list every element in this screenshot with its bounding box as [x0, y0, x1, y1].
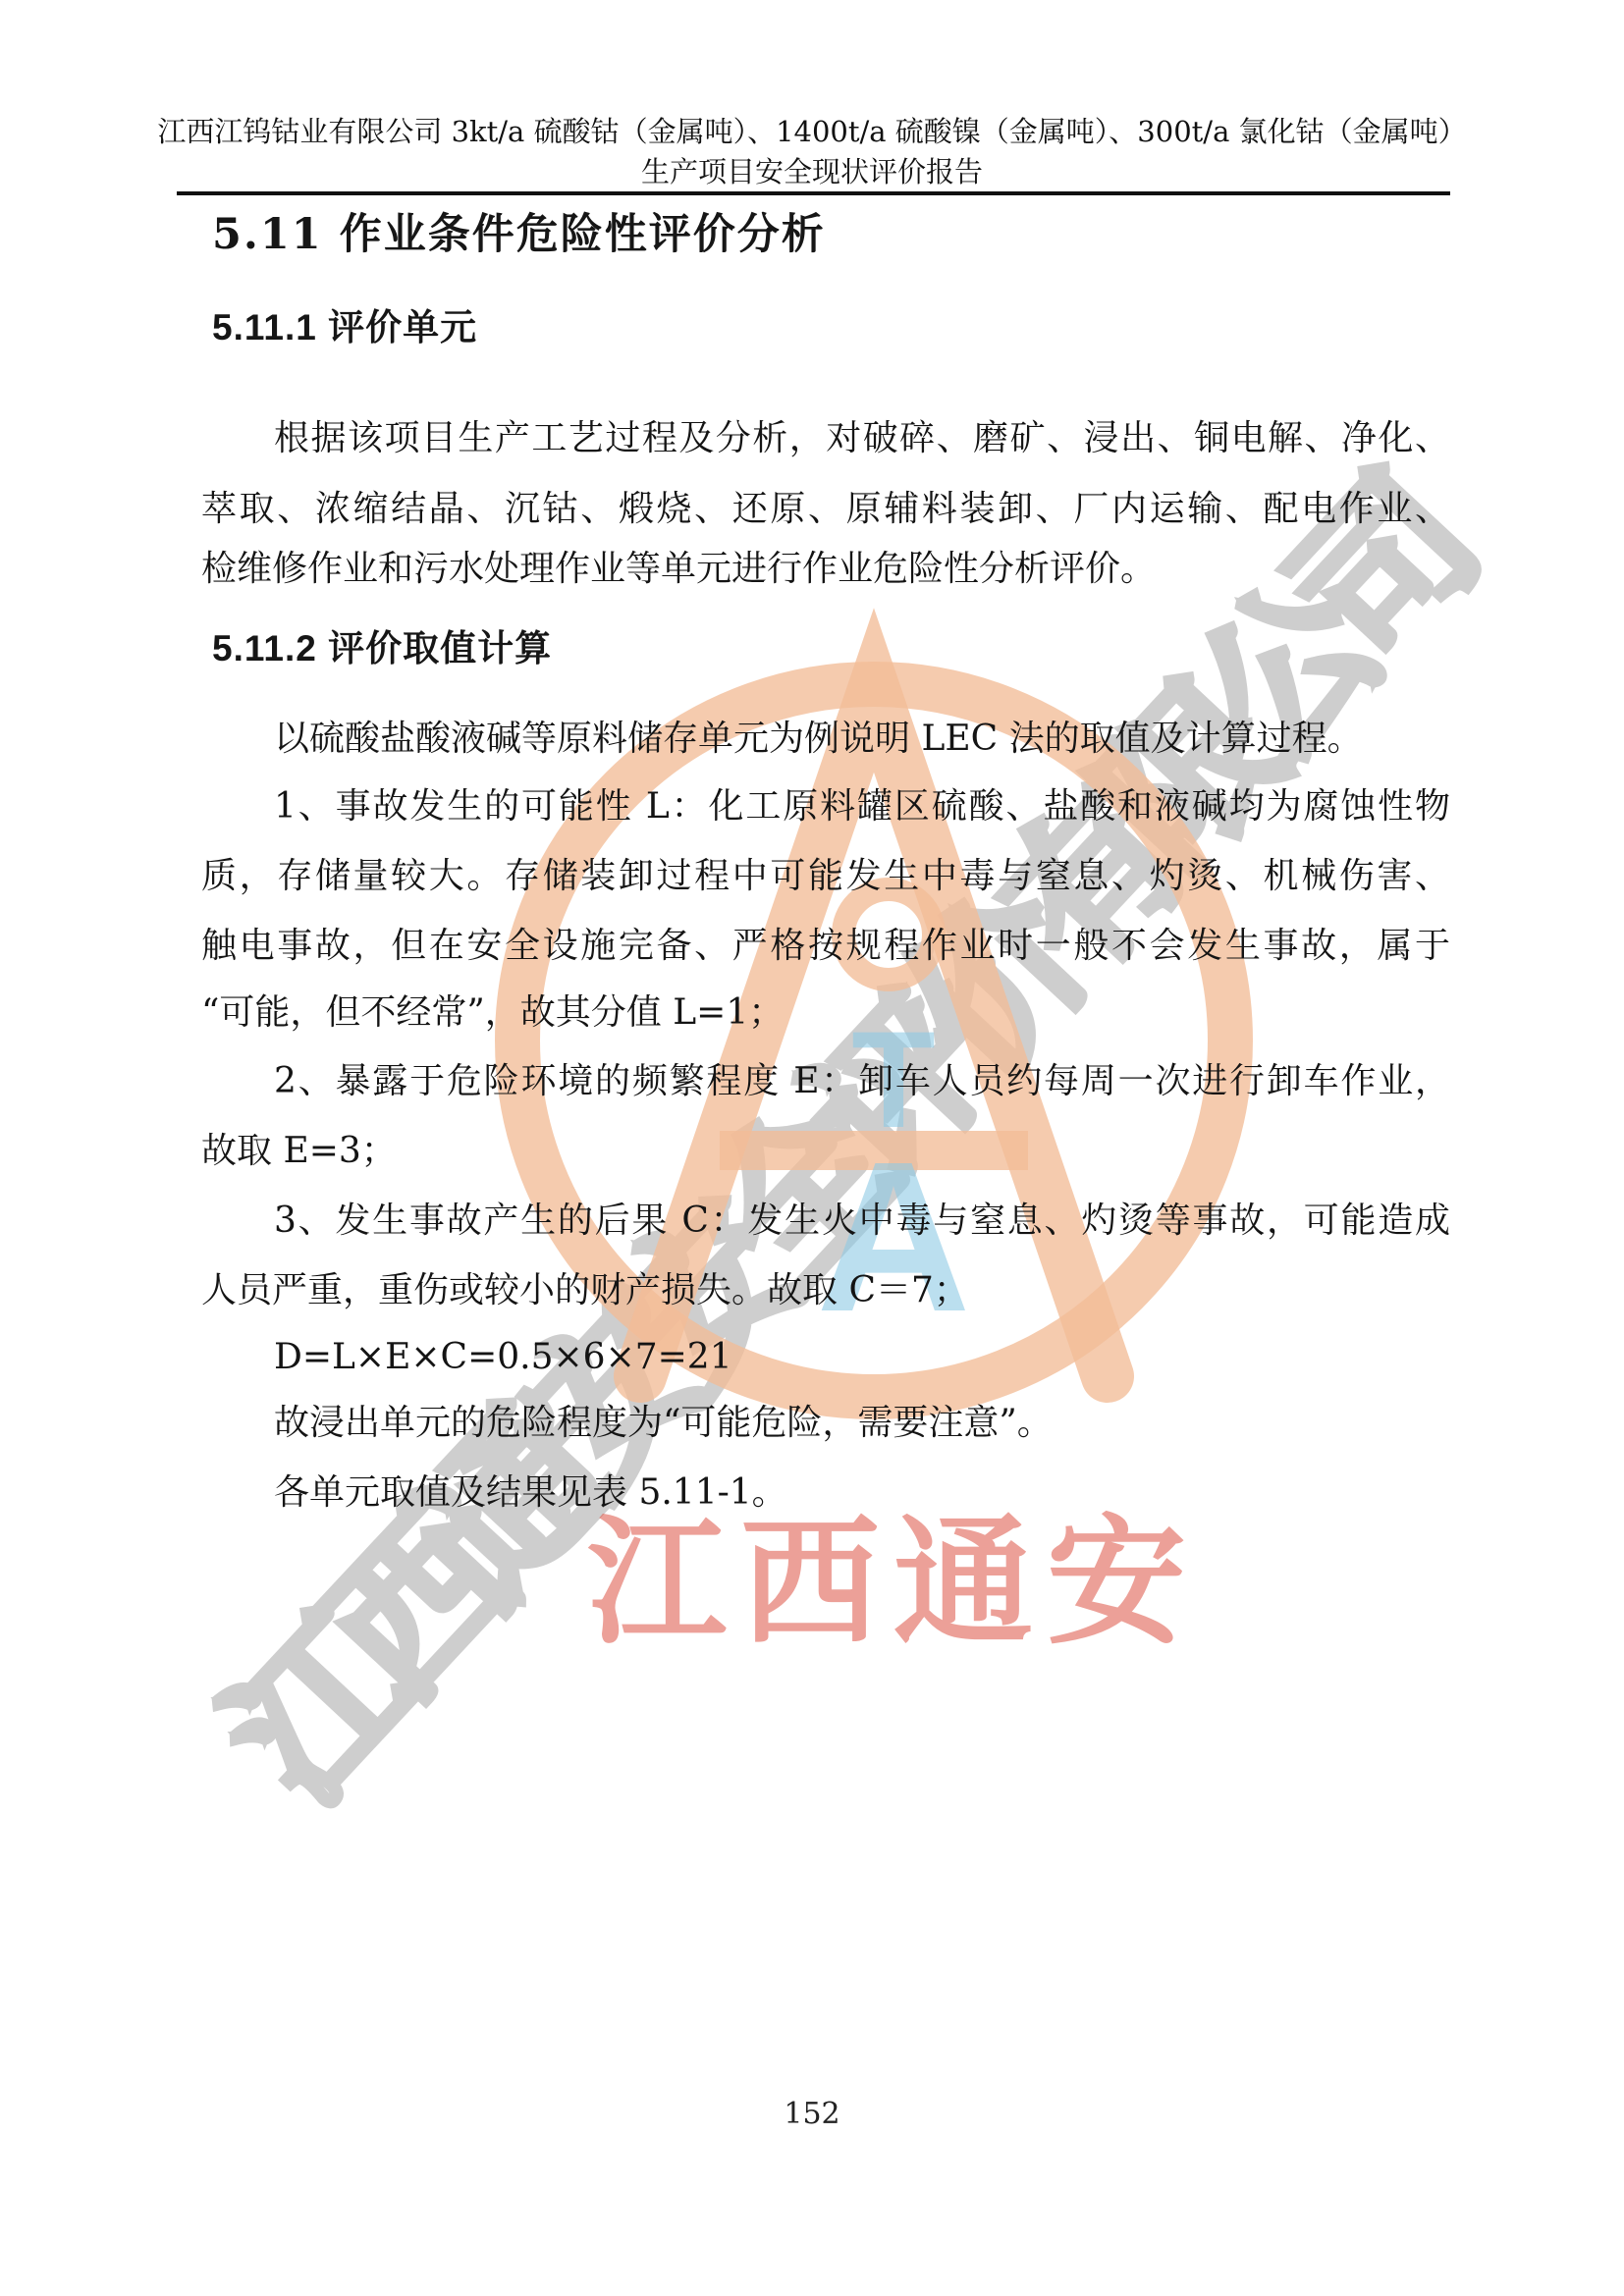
body-line: “可能，但不经常”，故其分值 L=1；	[201, 989, 1450, 1036]
body-line: 以硫酸盐酸液碱等原料储存单元为例说明 LEC 法的取值及计算过程。	[201, 716, 1450, 762]
body-line: 故浸出单元的危险程度为“可能危险，需要注意”。	[201, 1400, 1450, 1446]
body-line: 检维修作业和污水处理作业等单元进行作业危险性分析评价。	[201, 546, 1450, 592]
subsection-heading-2: 5.11.2 评价取值计算	[212, 618, 552, 671]
body-line: 人员严重，重伤或较小的财产损失。故取 C＝7；	[201, 1267, 1450, 1313]
body-line: 3、发生事故产生的后果 C：发生火中毒与窒息、灼烫等事故，可能造成	[201, 1198, 1450, 1244]
body-line: 1、事故发生的可能性 L：化工原料罐区硫酸、盐酸和液碱均为腐蚀性物	[201, 783, 1450, 829]
body-line: 各单元取值及结果见表 5.11-1。	[201, 1469, 1450, 1516]
header-rule	[177, 191, 1450, 195]
document-page: 江西通安安全评价有限公司 T A 江西通安 江西江钨钴业有限公司 3kt/a 硫…	[0, 0, 1624, 2296]
body-line: 萃取、浓缩结晶、沉钴、煅烧、还原、原辅料装卸、厂内运输、配电作业、	[201, 486, 1450, 532]
body-line: 根据该项目生产工艺过程及分析，对破碎、磨矿、浸出、铜电解、净化、	[201, 415, 1450, 461]
subsection-heading-1: 5.11.1 评价单元	[212, 297, 477, 350]
body-line: 2、暴露于危险环境的频繁程度 E：卸车人员约每周一次进行卸车作业，	[201, 1058, 1450, 1104]
body-line: 质，存储量较大。存储装卸过程中可能发生中毒与窒息、灼烫、机械伤害、	[201, 853, 1450, 899]
body-line: 触电事故，但在安全设施完备、严格按规程作业时一般不会发生事故，属于	[201, 923, 1450, 969]
body-line-formula: D=L×E×C=0.5×6×7=21	[201, 1334, 1450, 1380]
running-header-line-2: 生产项目安全现状评价报告	[0, 150, 1624, 190]
running-header-line-1: 江西江钨钴业有限公司 3kt/a 硫酸钴（金属吨）、1400t/a 硫酸镍（金属…	[0, 110, 1624, 150]
page-number: 152	[0, 2097, 1624, 2131]
section-heading: 5.11 作业条件危险性评价分析	[212, 201, 826, 261]
body-line: 故取 E=3；	[201, 1128, 1450, 1174]
